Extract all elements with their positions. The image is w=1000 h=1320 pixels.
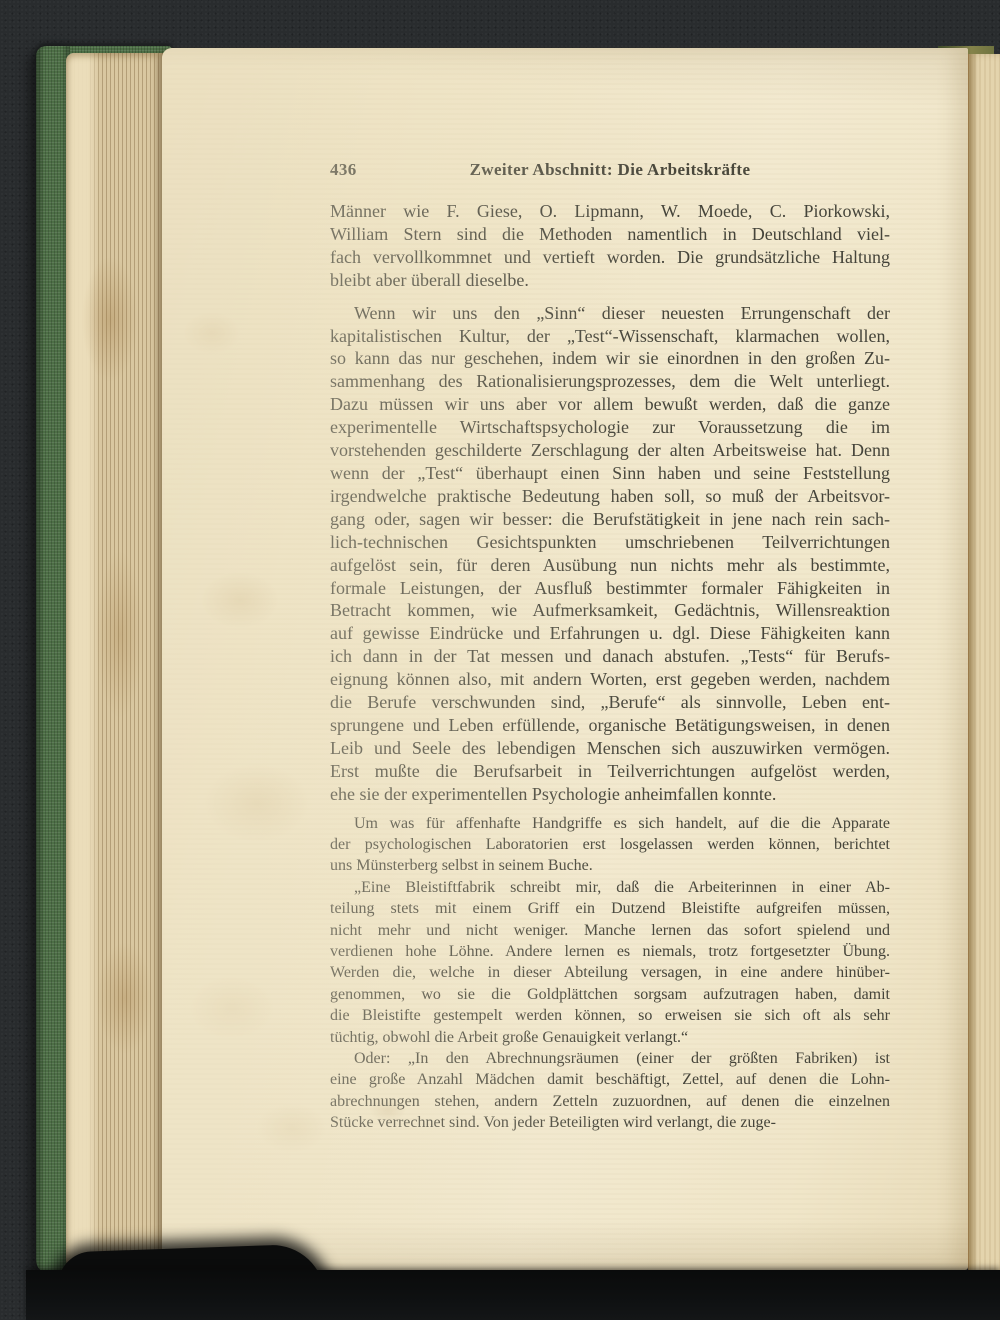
ink-fade-overlay <box>162 48 968 1270</box>
book-cover-spine <box>36 46 70 1274</box>
fanned-page-edges <box>66 53 164 1265</box>
photo-scene: 436 Zweiter Abschnitt: Die Arbeitskräfte… <box>0 0 1000 1320</box>
gutter-facing-page <box>968 54 1000 1270</box>
bottom-shadow <box>26 1270 1000 1320</box>
book-page: 436 Zweiter Abschnitt: Die Arbeitskräfte… <box>162 48 968 1270</box>
